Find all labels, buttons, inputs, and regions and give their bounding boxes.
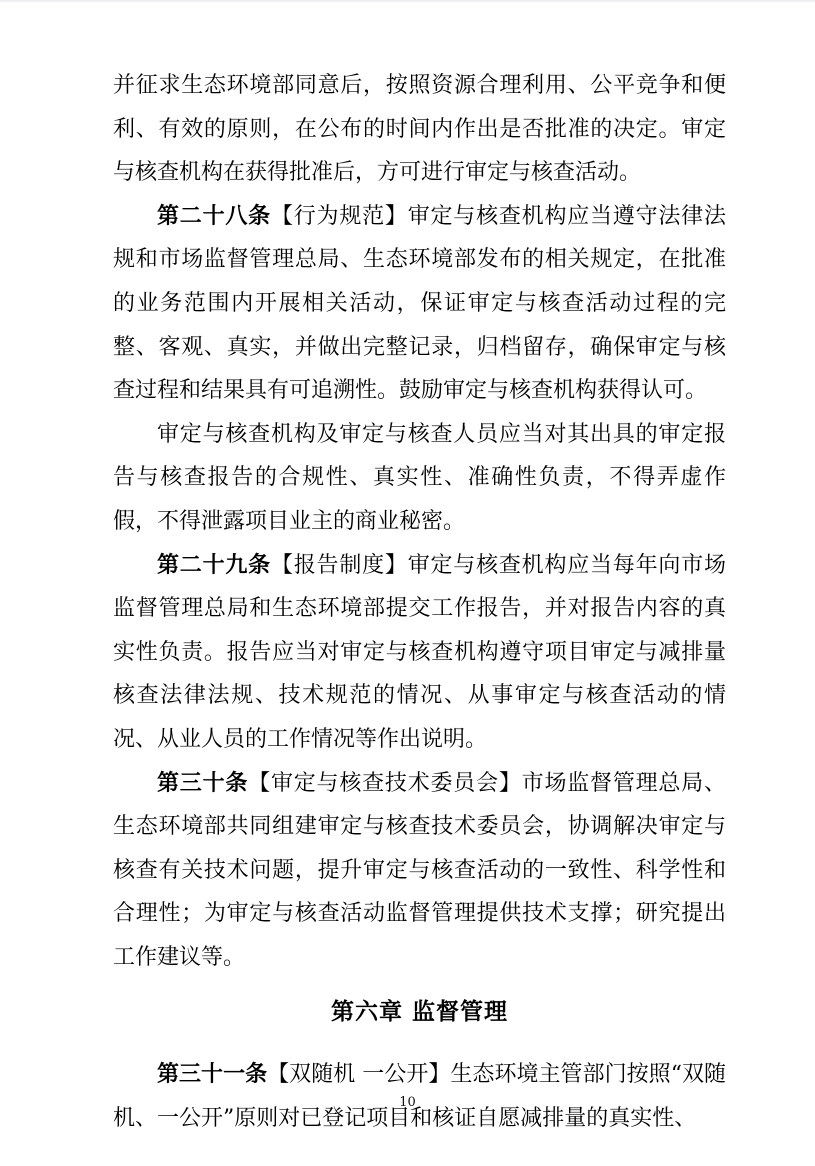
article-number: 第二十九条 — [157, 553, 271, 578]
paragraph-article-28-clause-2: 审定与核查机构及审定与核查人员应当对其出具的审定报告与核查报告的合规性、真实性、… — [113, 413, 726, 544]
document-page: 并征求生态环境部同意后，按照资源合理利用、公平竞争和便利、有效的原则，在公布的时… — [0, 0, 815, 1166]
paragraph-text: 审定与核查机构应当遵守法律法规和市场监督管理总局、生态环境部发布的相关规定，在批… — [113, 204, 726, 403]
article-number: 第三十条 — [157, 771, 248, 796]
paragraph-article-29: 第二十九条【报告制度】审定与核查机构应当每年向市场监督管理总局和生态环境部提交工… — [113, 544, 726, 762]
page-number: 10 — [0, 1095, 815, 1110]
paragraph-continuation: 并征求生态环境部同意后，按照资源合理利用、公平竞争和便利、有效的原则，在公布的时… — [113, 64, 726, 195]
paragraph-article-30: 第三十条【审定与核查技术委员会】市场监督管理总局、生态环境部共同组建审定与核查技… — [113, 762, 726, 980]
page-content: 并征求生态环境部同意后，按照资源合理利用、公平竞争和便利、有效的原则，在公布的时… — [113, 64, 726, 1140]
chapter-heading: 第六章 监督管理 — [113, 991, 726, 1035]
article-number: 第二十八条 — [157, 204, 271, 229]
paragraph-article-28: 第二十八条【行为规范】审定与核查机构应当遵守法律法规和市场监督管理总局、生态环境… — [113, 195, 726, 413]
article-title: 【双随机 一公开】 — [267, 1062, 450, 1087]
paragraph-text: 审定与核查机构应当每年向市场监督管理总局和生态环境部提交工作报告，并对报告内容的… — [113, 553, 726, 752]
article-number: 第三十一条 — [157, 1062, 267, 1087]
article-title: 【报告制度】 — [271, 553, 408, 578]
paragraph-text: 审定与核查机构及审定与核查人员应当对其出具的审定报告与核查报告的合规性、真实性、… — [113, 422, 726, 534]
article-title: 【行为规范】 — [271, 204, 408, 229]
article-title: 【审定与核查技术委员会】 — [248, 771, 521, 796]
paragraph-text: 并征求生态环境部同意后，按照资源合理利用、公平竞争和便利、有效的原则，在公布的时… — [113, 73, 726, 185]
paragraph-text: 市场监督管理总局、生态环境部共同组建审定与核查技术委员会，协调解决审定与核查有关… — [113, 771, 726, 970]
page-top-edge — [0, 0, 815, 3]
